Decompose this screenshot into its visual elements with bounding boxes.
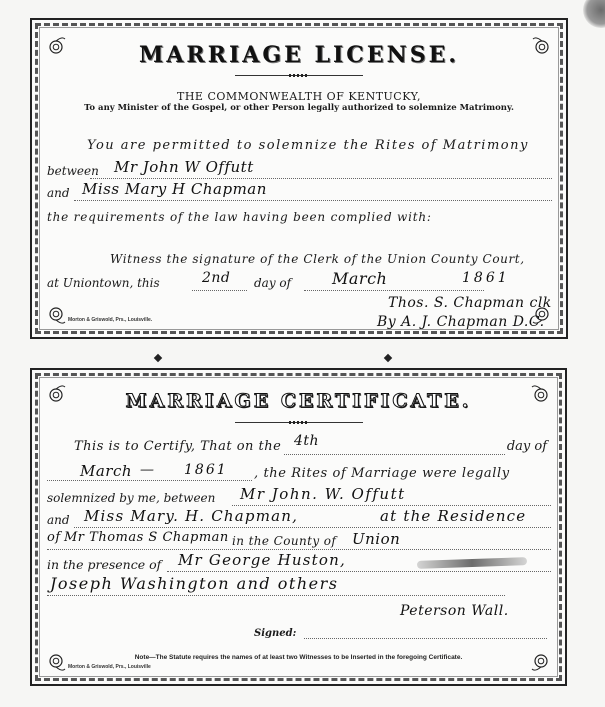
marriage-certificate: MARRIAGE CERTIFICATE. This is to Certify… (30, 368, 567, 686)
ornamental-rule (235, 422, 363, 423)
uniontown-label: at Uniontown, this (47, 276, 160, 290)
residence-label: at the Residence (380, 507, 526, 525)
fold-ornament (384, 354, 392, 362)
county-name: Union (352, 530, 400, 548)
signed-label: Signed: (254, 628, 296, 639)
certificate-bride: Miss Mary. H. Chapman, (84, 507, 298, 525)
license-year: 1861 (462, 270, 510, 286)
printer-credit: Morton & Griswold, Prs., Louisville (68, 664, 151, 670)
county-label: in the County of (232, 534, 336, 548)
license-title: MARRIAGE LICENSE. (32, 42, 566, 68)
certificate-year: 1861 (184, 462, 228, 478)
statute-note: Note—The Statute requires the names of a… (32, 654, 565, 661)
certificate-month: March (80, 462, 132, 480)
certificate-title: MARRIAGE CERTIFICATE. (32, 390, 565, 412)
witness-1: Mr George Huston, (178, 551, 346, 569)
addressee-line: To any Minister of the Gospel, or other … (32, 103, 566, 113)
residence-owner: Mr Thomas S Chapman (64, 530, 229, 545)
witness-2: Joseph Washington and others (50, 574, 338, 593)
certify-text: This is to Certify, That on the (74, 439, 281, 454)
month-dash: — (140, 462, 155, 478)
fold-ornament (154, 354, 162, 362)
deputy-signature: By A. J. Chapman D.C. (377, 314, 545, 330)
clerk-signature: Thos. S. Chapman clk (388, 295, 552, 311)
requirements-text: the requirements of the law having been … (47, 210, 432, 224)
presence-label: in the presence of (47, 557, 161, 572)
ink-stain (583, 0, 605, 28)
officiant-signature: Peterson Wall. (400, 603, 509, 619)
commonwealth-heading: THE COMMONWEALTH OF KENTUCKY, (32, 90, 566, 103)
permission-text: You are permitted to solemnize the Rites… (87, 138, 529, 153)
between-label: between (47, 164, 99, 178)
day-of-label: day of (507, 439, 547, 454)
marriage-license: MARRIAGE LICENSE. THE COMMONWEALTH OF KE… (30, 18, 568, 339)
certificate-groom: Mr John. W. Offutt (240, 485, 406, 503)
bride-name: Miss Mary H Chapman (82, 180, 267, 198)
printer-credit: Morton & Griswold, Prs., Louisville. (68, 317, 152, 323)
ornamental-rule (235, 75, 363, 76)
witness-text: Witness the signature of the Clerk of th… (110, 252, 525, 266)
and-label: and (47, 186, 70, 200)
license-day: 2nd (202, 270, 230, 286)
solemnized-text: solemnized by me, between (47, 491, 215, 505)
day-of-label: day of (254, 276, 291, 290)
of-label: of (47, 530, 61, 545)
certificate-day: 4th (294, 433, 319, 449)
groom-name: Mr John W Offutt (114, 158, 254, 176)
license-month: March (332, 269, 387, 288)
and-label: and (47, 513, 70, 527)
corner-flourish-icon (46, 305, 66, 325)
rites-text: , the Rites of Marriage were legally (254, 466, 510, 481)
